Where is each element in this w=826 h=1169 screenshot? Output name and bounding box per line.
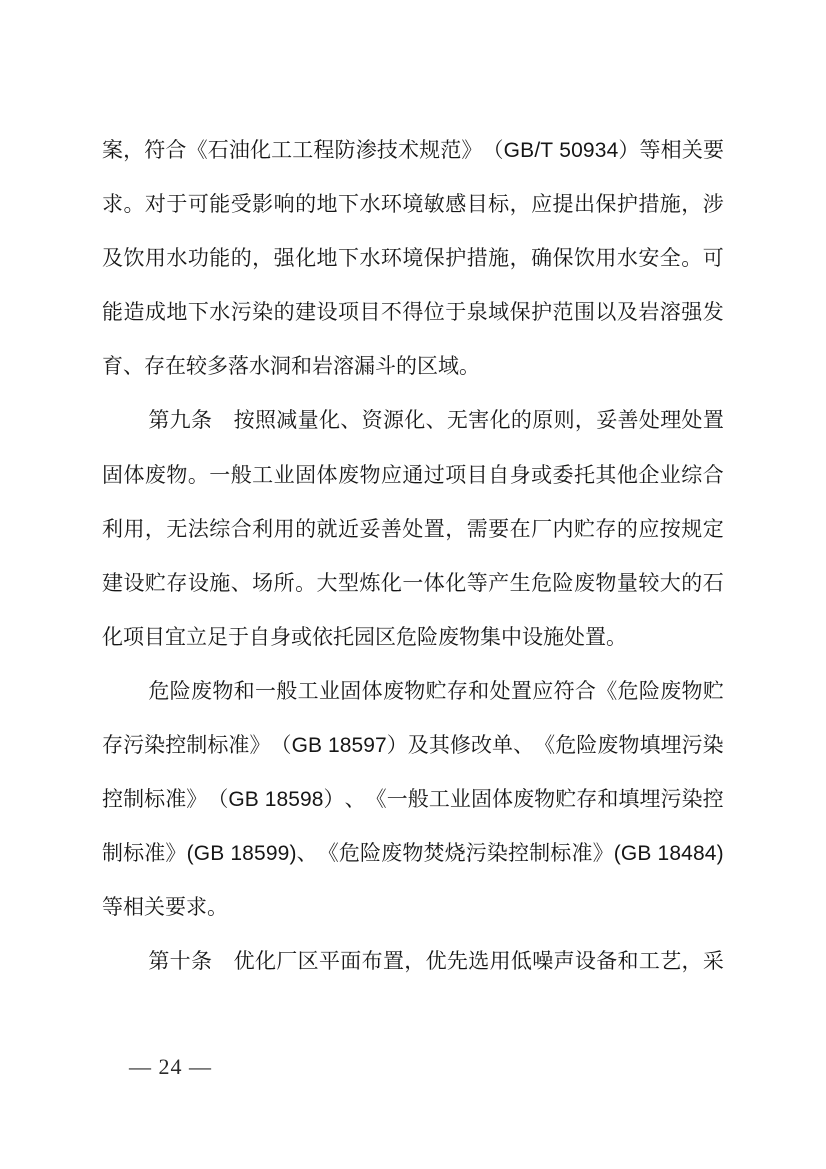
- page-footer: — 24 —: [103, 1031, 212, 1103]
- text-line: 及饮用水功能的，强化地下水环境保护措施，确保饮用水安全。可: [102, 232, 724, 286]
- text-line-article-10: 第十条 优化厂区平面布置，优先选用低噪声设备和工艺，采: [102, 935, 724, 989]
- text-line: 控制标准》（GB 18598）、《一般工业固体废物贮存和填埋污染控: [102, 773, 724, 827]
- text-line: 建设贮存设施、场所。大型炼化一体化等产生危险废物量较大的石: [102, 557, 724, 611]
- text-line: 育、存在较多落水洞和岩溶漏斗的区域。: [102, 340, 724, 394]
- text-line: 求。对于可能受影响的地下水环境敏感目标，应提出保护措施，涉: [102, 178, 724, 232]
- text-line: 案，符合《石油化工工程防渗技术规范》（GB/T 50934）等相关要: [102, 124, 724, 178]
- document-page: 案，符合《石油化工工程防渗技术规范》（GB/T 50934）等相关要 求。对于可…: [0, 0, 826, 1169]
- text-line: 利用，无法综合利用的就近妥善处置，需要在厂内贮存的应按规定: [102, 503, 724, 557]
- text-line: 化项目宜立足于自身或依托园区危险废物集中设施处置。: [102, 611, 724, 665]
- text-line: 制标准》(GB 18599)、《危险废物焚烧污染控制标准》(GB 18484): [102, 827, 724, 881]
- text-line: 危险废物和一般工业固体废物贮存和处置应符合《危险废物贮: [102, 665, 724, 719]
- text-line: 能造成地下水污染的建设项目不得位于泉域保护范围以及岩溶强发: [102, 286, 724, 340]
- text-line: 固体废物。一般工业固体废物应通过项目自身或委托其他企业综合: [102, 449, 724, 503]
- document-body: 案，符合《石油化工工程防渗技术规范》（GB/T 50934）等相关要 求。对于可…: [102, 124, 724, 990]
- text-line: 存污染控制标准》（GB 18597）及其修改单、《危险废物填埋污染: [102, 719, 724, 773]
- text-line: 等相关要求。: [102, 881, 724, 935]
- page-number: — 24 —: [129, 1054, 212, 1079]
- text-line-article-9: 第九条 按照减量化、资源化、无害化的原则，妥善处理处置: [102, 394, 724, 448]
